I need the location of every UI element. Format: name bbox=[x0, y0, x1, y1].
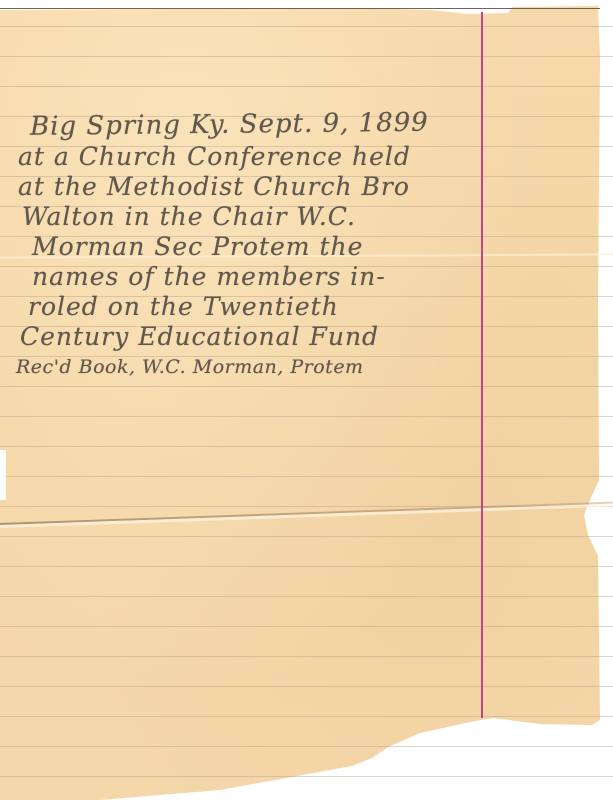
text-line: at the Methodist Church Bro bbox=[10, 172, 570, 202]
handwritten-text: Big Spring Ky. Sept. 9, 1899 at a Church… bbox=[10, 112, 570, 382]
left-edge-notch bbox=[0, 450, 6, 500]
text-line: Walton in the Chair W.C. bbox=[10, 202, 570, 232]
text-line: Morman Sec Protem the bbox=[10, 232, 570, 262]
paper-top-edge bbox=[0, 8, 600, 9]
text-line: names of the members in- bbox=[10, 262, 570, 292]
text-line: Century Educational Fund bbox=[10, 322, 570, 352]
text-line: at a Church Conference held bbox=[10, 142, 570, 172]
signature-line: Rec'd Book, W.C. Morman, Protem bbox=[10, 352, 570, 382]
heading-place-date: Big Spring Ky. Sept. 9, 1899 bbox=[10, 106, 570, 142]
text-line: roled on the Twentieth bbox=[10, 292, 570, 322]
